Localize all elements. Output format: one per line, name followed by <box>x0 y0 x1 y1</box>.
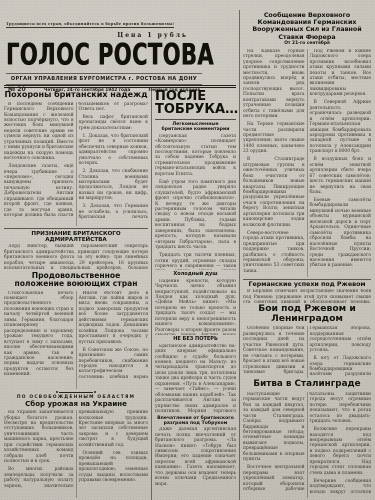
article-body-impressions: Даже далёкая аргентинская печать полна в… <box>155 427 236 493</box>
masthead-subtitle: ОРГАН УПРАВЛЕНИЯ БУРГОМИСТРА г. РОСТОВА … <box>6 73 202 82</box>
tobruk-subtitle: Легкомысленные британские комментарии <box>159 122 232 132</box>
left-column: Похороны британских надежд В последнем с… <box>4 90 148 498</box>
headline-tobruk-line1: ПОСЛЕ <box>155 90 236 103</box>
slogan-text: Трудящиеся всех стран, объединяйтесь в б… <box>6 22 174 28</box>
masthead: Трудящиеся всех стран, объединяйтесь в б… <box>6 10 202 93</box>
middle-column: ПОСЛЕ ТОБРУКА… Легкомысленные британские… <box>155 90 236 493</box>
headline-admiralty: ПРИЗНАНИЕ БРИТАНСКОГО АДМИРАЛТЕЙСТВА <box>4 231 148 243</box>
article-body-harvest: На Украине заканчивается уборка богатого… <box>4 410 148 498</box>
section-kicker: ПО ОСВОБОЖДЕННЫМ ОБЛАСТЯМ <box>4 395 148 400</box>
article-body-tobruk-intro: Перуанская газета «Коммерсио» посвящает … <box>155 134 236 270</box>
article-stalingrad: Битва в Сталинграде Наступающие германск… <box>243 380 371 498</box>
article-body-funeral: В последнем сообщении Германского Верхов… <box>4 102 148 226</box>
headline-funeral: Похороны британских надежд <box>4 91 148 100</box>
column-divider-left <box>151 90 152 500</box>
article-body-admiralty: Лорд Винстер, бывший парламентский секре… <box>4 244 148 270</box>
subhead-not-without-losses: НЕ БЕЗ ПОТЕРЬ <box>155 337 236 343</box>
article-tobruk: ПОСЛЕ ТОБРУКА… Легкомысленные британские… <box>155 90 236 493</box>
article-body-rzhev-success: В Берлине отмечают возрастающее значение… <box>243 289 371 303</box>
article-admiralty: ПРИЗНАНИЕ БРИТАНСКОГО АДМИРАЛТЕЙСТВА Лор… <box>4 231 148 271</box>
article-funeral: Похороны британских надежд В последнем с… <box>4 91 148 226</box>
newspaper-title: ГОЛОС РОСТОВА <box>6 39 159 72</box>
headline-stalingrad: Битва в Сталинграде <box>243 380 371 390</box>
right-column: Сообщение Верховного Командования Герман… <box>243 12 371 498</box>
communique-dateline: От 21-го сентября <box>243 42 371 47</box>
article-body-stalingrad: Наступающие германские части ведут бои з… <box>243 392 371 498</box>
article-rzhev-leningrad: Бои под Ржевом и Ленинградом Особенно уп… <box>243 304 371 378</box>
section-rule <box>243 279 371 280</box>
headline-rzhev-leningrad: Бои под Ржевом и Ленинградом <box>251 304 363 324</box>
headline-food: Продовольственное положение воюющих стра… <box>10 272 142 288</box>
article-body-cold-shower: Падение крепости, которую Черчилль лично… <box>155 279 236 335</box>
headline-harvest: Сбор урожая на Украине <box>4 401 148 409</box>
masthead-slogan: Трудящиеся всех стран, объединяйтесь в б… <box>6 10 202 29</box>
article-harvest: Сбор урожая на Украине На Украине заканч… <box>4 401 148 499</box>
column-divider-right <box>239 10 240 500</box>
article-communique: Сообщение Верховного Командования Герман… <box>243 12 371 277</box>
section-rule <box>4 228 148 229</box>
masthead-bottom-rule <box>4 85 236 88</box>
headline-communique: Сообщение Верховного Командования Герман… <box>243 12 371 41</box>
newspaper-page: { "masthead": { "slogan": "Трудящиеся вс… <box>0 0 375 500</box>
article-body-not-without-losses: Британское адмиралтейство на-днях впервы… <box>155 344 236 414</box>
headline-rzhev-success: Германские успехи под Ржевом <box>243 282 371 289</box>
article-body-communique: На Кавказе горные стрелки, преодолевая у… <box>243 49 371 277</box>
headline-tobruk-line2: ТОБРУКА… <box>155 103 236 116</box>
article-rzhev-success: Германские успехи под Ржевом В Берлине о… <box>243 282 371 304</box>
subhead-impressions: Впечатления от британского разгрома под … <box>155 416 236 426</box>
article-body-rzhev-leningrad: Особенно упорные бои развернулись в тече… <box>243 326 371 378</box>
tobruk-title-block: ПОСЛЕ ТОБРУКА… <box>155 90 236 120</box>
article-food: Продовольственное положение воюющих стра… <box>4 272 148 388</box>
subhead-cold-shower: Холодный душ <box>155 272 236 278</box>
ornament-divider <box>59 392 93 393</box>
article-body-food: Стокгольмская печать помещает обзор прод… <box>4 291 148 389</box>
